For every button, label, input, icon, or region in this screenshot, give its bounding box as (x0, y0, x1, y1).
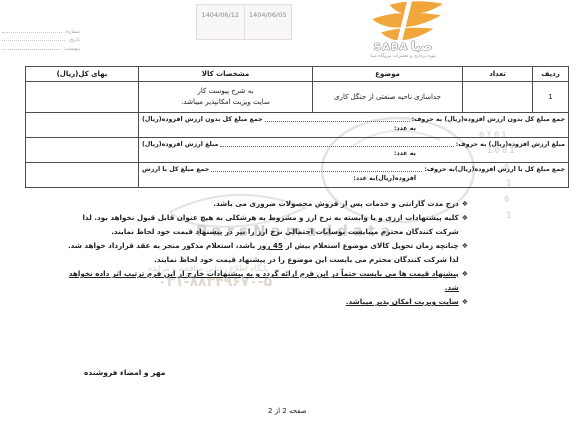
note-warranty: ❖ درج مدت گارانتی و خدمات پس از فروش محص… (58, 197, 468, 211)
summary-cell: مبلغ ارزش افزوده(ریال) به حروف: مبلغ ارز… (139, 138, 569, 163)
field-number-label: شماره: (65, 29, 80, 35)
summary-cell: جمع مبلغ کل با ارزش افزوده(ریال)به حروف:… (139, 163, 569, 188)
date-value: 1404/06/05 (244, 5, 292, 39)
col-header-subject: موضوع (313, 67, 463, 82)
summary-cell: جمع مبلغ کل بدون ارزش افزوده(ریال) به حر… (139, 113, 569, 138)
field-date-label: تاریخ: (68, 37, 80, 43)
cell-total-price (26, 82, 139, 113)
summary-row-total-without-vat: جمع مبلغ کل بدون ارزش افزوده(ریال) به حر… (26, 113, 569, 138)
summary-row-vat-amount: مبلغ ارزش افزوده(ریال) به حروف: مبلغ ارز… (26, 138, 569, 163)
note-days-highlight: 45 روز (258, 241, 283, 250)
dotted-fill-line (211, 171, 422, 172)
spec-line: به شرح پیوست کار (139, 86, 312, 97)
note-currency: ❖ کلیه پیشنهادات ارزی و یا وابسته به نرخ… (58, 211, 468, 239)
col-header-item-specs: مشخصات کالا (139, 67, 313, 82)
cell-subject: جداسازی ناحیه صنعتی از جنگل کاری (313, 82, 463, 113)
col-header-total-price: بهای کل(ریال) (26, 67, 139, 82)
note-text: پیشنهاد قیمت ها می بایست حتماً در این فر… (58, 267, 459, 295)
saba-logo-icon (355, 1, 451, 41)
diamond-bullet-icon: ❖ (462, 197, 468, 211)
summary-words-label: جمع مبلغ کل بدون ارزش افزوده(ریال) به حر… (412, 116, 565, 123)
saba-brand-en: SABA (374, 42, 408, 53)
diamond-bullet-icon: ❖ (462, 239, 468, 267)
terms-notes-list: ❖ درج مدت گارانتی و خدمات پس از فروش محص… (58, 197, 468, 309)
note-delivery-time: ❖ چنانچه زمان تحویل کالای موضوع استعلام … (58, 239, 468, 267)
note-text: چنانچه زمان تحویل کالای موضوع استعلام بی… (58, 239, 459, 267)
saba-brand-fa: صبا (411, 39, 432, 53)
dotted-blank-line (2, 40, 65, 41)
cell-row-number: 1 (533, 82, 569, 113)
dotted-blank-line (2, 32, 62, 33)
col-header-row-number: ردیف (533, 67, 569, 82)
dotted-blank-line (2, 49, 61, 50)
cell-item-specs: به شرح پیوست کار سایت ویزیت امکانپذیر می… (139, 82, 313, 113)
summary-price-blank-cell (26, 138, 139, 163)
summary-figures-label2: به عدد: (139, 148, 568, 157)
dotted-fill-line (265, 121, 410, 122)
table-header-row: ردیف تعداد موضوع مشخصات کالا بهای کل(ریا… (26, 67, 569, 82)
note-text: کلیه پیشنهادات ارزی و یا وابسته به نرخ ا… (58, 211, 459, 239)
note-text-segment: چنانچه زمان تحویل کالای موضوع استعلام بی… (283, 241, 459, 250)
date-value: 1404/06/12 (197, 5, 244, 39)
saba-brand-text: SABA صبا (338, 39, 468, 53)
summary-words-label: جمع مبلغ کل با ارزش افزوده(ریال)به حروف: (424, 166, 565, 173)
summary-figures-label: مبلغ ارزش افزوده(ریال) (142, 141, 218, 148)
field-date: تاریخ: (0, 35, 80, 44)
summary-figures-label2: افزوده(ریال)به عدد: (139, 173, 568, 182)
items-table: ردیف تعداد موضوع مشخصات کالا بهای کل(ریا… (25, 66, 568, 188)
summary-row-total-with-vat: جمع مبلغ کل با ارزش افزوده(ریال)به حروف:… (26, 163, 569, 188)
seller-signature-label: مهر و امضاء فروشنده (84, 368, 165, 377)
note-text: درج مدت گارانتی و خدمات پس از فروش محصول… (58, 197, 459, 211)
note-site-visit: ❖ سایت ویزیت امکان پذیر میباشد. (58, 295, 468, 309)
saba-logo-tagline: بهره برداری و تعمیرات نیروگاه صبا (338, 54, 468, 59)
page-number: صفحه 2 از 2 (268, 407, 307, 415)
note-form-required: ❖ پیشنهاد قیمت ها می بایست حتماً در این … (58, 267, 468, 295)
header-date-box: 1404/06/12 1404/06/05 (196, 4, 292, 40)
table-row: 1 جداسازی ناحیه صنعتی از جنگل کاری به شر… (26, 82, 569, 113)
summary-price-blank-cell (26, 113, 139, 138)
note-text: سایت ویزیت امکان پذیر میباشد. (58, 295, 459, 309)
diamond-bullet-icon: ❖ (462, 295, 468, 309)
watermark-digits: 1 (506, 211, 511, 221)
quotation-form-page: 0101 1001 0 1 0 1 ParsNamaddata پایگاه ا… (0, 0, 576, 438)
diamond-bullet-icon: ❖ (462, 211, 468, 239)
watermark-digits: 0 (504, 195, 509, 205)
summary-figures-label2: به عدد: (139, 123, 568, 132)
cell-quantity (463, 82, 533, 113)
summary-words-label: مبلغ ارزش افزوده(ریال) به حروف: (456, 141, 565, 148)
field-number: شماره: (0, 26, 80, 35)
spec-line: سایت ویزیت امکانپذیر میباشد. (139, 97, 312, 108)
col-header-quantity: تعداد (463, 67, 533, 82)
diamond-bullet-icon: ❖ (462, 267, 468, 295)
field-attachment: پیوست: (0, 43, 80, 52)
saba-logo: SABA صبا بهره برداری و تعمیرات نیروگاه ص… (338, 1, 468, 63)
dotted-fill-line (220, 146, 453, 147)
summary-price-blank-cell (26, 163, 139, 188)
summary-figures-label: جمع مبلغ کل با ارزش (142, 166, 209, 173)
field-attachment-label: پیوست: (64, 46, 80, 52)
summary-figures-label: جمع مبلغ کل بدون ارزش افزوده(ریال) (142, 116, 263, 123)
letterhead-fields: شماره: تاریخ: پیوست: (0, 26, 80, 52)
